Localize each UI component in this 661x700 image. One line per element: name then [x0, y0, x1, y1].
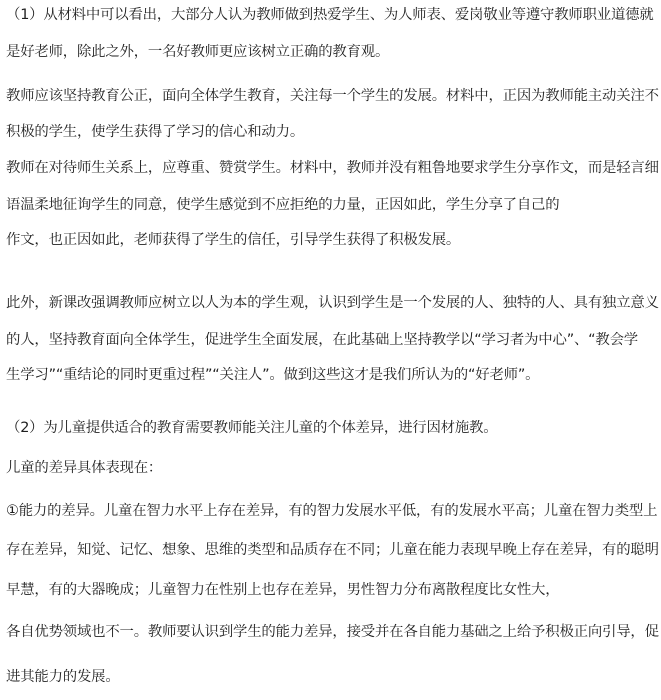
- text-line-4: 积极的学生，使学生获得了学习的信心和动力。: [6, 122, 304, 142]
- text-line-2: 是好老师，除此之外，一名好教师更应该树立正确的教育观。: [6, 42, 389, 62]
- text-line-5: 教师在对待师生关系上，应尊重、赞赏学生。材料中，教师并没有粗鲁地要求学生分享作文…: [6, 158, 659, 178]
- text-line-12: 儿童的差异具体表现在：: [6, 458, 162, 478]
- text-line-8: 此外，新课改强调教师应树立以人为本的学生观，认识到学生是一个发展的人、独特的人、…: [6, 293, 659, 313]
- text-line-3: 教师应该坚持教育公正，面向全体学生教育，关注每一个学生的发展。材料中，正因为教师…: [6, 86, 659, 106]
- text-line-13: ①能力的差异。儿童在智力水平上存在差异，有的智力发展水平低，有的发展水平高；儿童…: [6, 501, 657, 521]
- text-line-11: （2）为儿童提供适合的教育需要教师能关注儿童的个体差异，进行因材施教。: [6, 418, 497, 438]
- text-line-16: 各自优势领域也不一。教师要认识到学生的能力差异，接受并在各自能力基础之上给予积极…: [6, 622, 659, 642]
- text-line-7: 作文，也正因如此，老师获得了学生的信任，引导学生获得了积极发展。: [6, 230, 460, 250]
- text-line-9: 的人，坚持教育面向全体学生，促进学生全面发展，在此基础上坚持教学以“学习者为中心…: [6, 330, 638, 350]
- text-line-17: 进其能力的发展。: [6, 667, 120, 687]
- text-line-6: 语温柔地征询学生的同意，使学生感觉到不应拒绝的力量，正因如此，学生分享了自己的: [6, 195, 559, 215]
- text-line-15: 早慧，有的大器晚成；儿童智力在性别上也存在差异，男性智力分布离散程度比女性大，: [6, 580, 559, 600]
- text-line-14: 存在差异，知觉、记忆、想象、思维的类型和品质存在不同；儿童在能力表现早晚上存在差…: [6, 540, 659, 560]
- text-line-10: 生学习”“重结论的同时更重过程”“关注人”。做到这些这才是我们所认为的“好老师”…: [6, 365, 539, 385]
- text-line-1: （1）从材料中可以看出，大部分人认为教师做到热爱学生、为人师表、爱岗敬业等遵守教…: [6, 5, 654, 25]
